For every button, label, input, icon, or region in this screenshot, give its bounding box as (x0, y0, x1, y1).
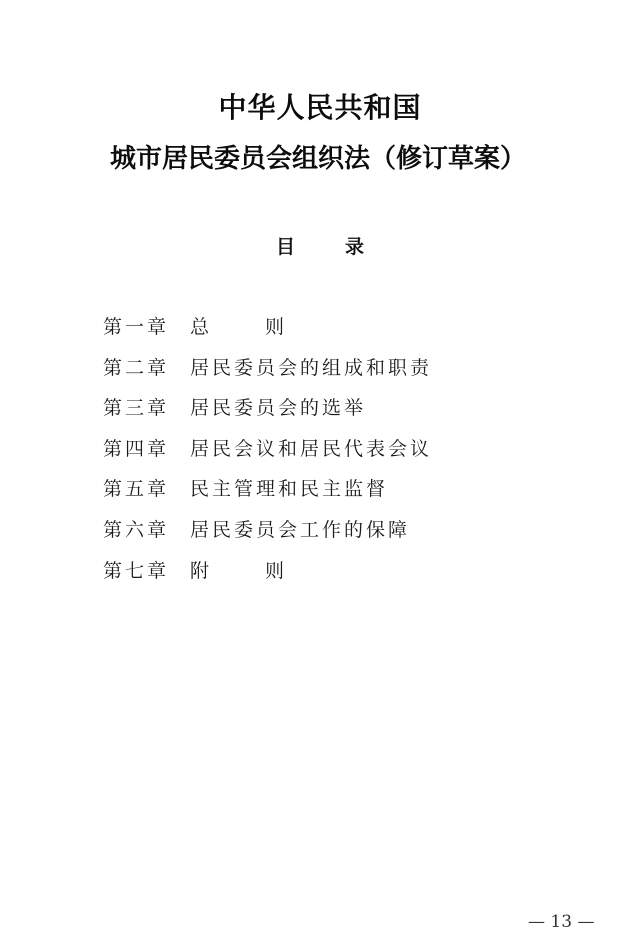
toc-entry-chapter-1: 第一章 总 则 (103, 312, 432, 353)
chapter-number: 第五章 (103, 474, 190, 515)
chapter-title: 总 则 (190, 312, 287, 353)
toc-entry-chapter-4: 第四章 居民会议和居民代表会议 (103, 434, 432, 475)
chapter-title: 附 则 (190, 556, 287, 597)
document-title-line-1: 中华人民共和国 (0, 86, 640, 126)
chapter-title: 居民委员会的选举 (190, 393, 366, 434)
chapter-number: 第三章 (103, 393, 190, 434)
toc-entry-chapter-3: 第三章 居民委员会的选举 (103, 393, 432, 434)
table-of-contents-heading: 目录 (0, 232, 640, 259)
page-number: — 13 — (528, 912, 594, 932)
chapter-title: 居民会议和居民代表会议 (190, 434, 432, 475)
toc-entry-chapter-6: 第六章 居民委员会工作的保障 (103, 515, 432, 556)
chapter-number: 第六章 (103, 515, 190, 556)
chapter-number: 第一章 (103, 312, 190, 353)
chapter-number: 第二章 (103, 353, 190, 394)
toc-heading-char-2: 录 (345, 232, 364, 259)
toc-entry-chapter-5: 第五章 民主管理和民主监督 (103, 474, 432, 515)
toc-entry-chapter-7: 第七章 附 则 (103, 556, 432, 597)
chapter-title: 居民委员会工作的保障 (190, 515, 410, 556)
toc-heading-char-1: 目 (276, 232, 295, 259)
document-title-line-2: 城市居民委员会组织法（修订草案） (0, 138, 638, 175)
chapter-number: 第四章 (103, 434, 190, 475)
chapter-title: 居民委员会的组成和职责 (190, 353, 432, 394)
chapter-title: 民主管理和民主监督 (190, 474, 388, 515)
toc-entry-chapter-2: 第二章 居民委员会的组成和职责 (103, 353, 432, 394)
table-of-contents: 第一章 总 则 第二章 居民委员会的组成和职责 第三章 居民委员会的选举 第四章… (103, 312, 432, 596)
chapter-number: 第七章 (103, 556, 190, 597)
